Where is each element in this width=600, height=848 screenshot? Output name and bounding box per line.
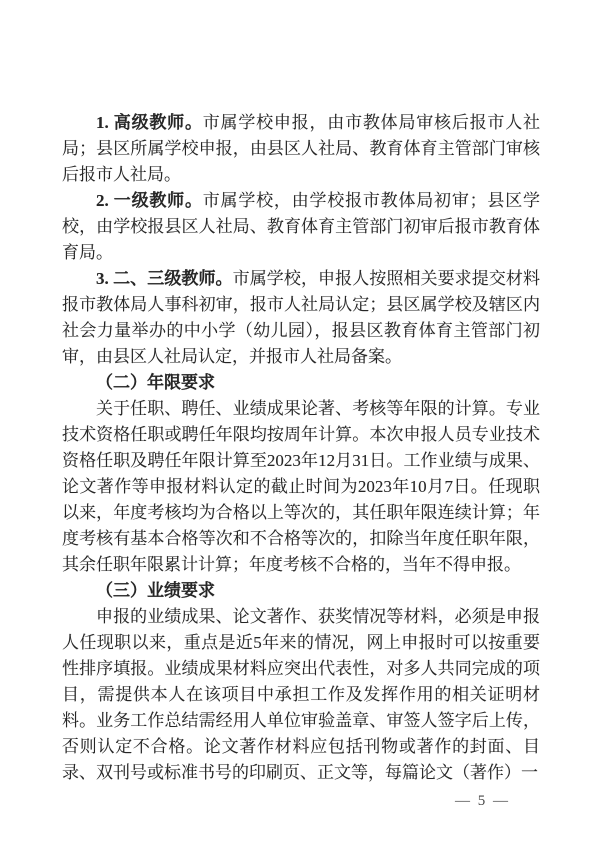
paragraph: 2. 一级教师。市属学校，由学校报市教体局初审；县区学校，由学校报县区人社局、教… <box>62 188 540 266</box>
paragraph-text: 申报的业绩成果、论文著作、获奖情况等材料，必须是申报人任现职以来，重点是近5年来… <box>62 607 540 782</box>
paragraph-lead: 3. 二、三级教师。 <box>96 269 233 288</box>
document-body: 1. 高级教师。市属学校申报，由市教体局审核后报市人社局；县区所属学校申报，由县… <box>62 110 540 786</box>
paragraph: 申报的业绩成果、论文著作、获奖情况等材料，必须是申报人任现职以来，重点是近5年来… <box>62 604 540 786</box>
document-page: 1. 高级教师。市属学校申报，由市教体局审核后报市人社局；县区所属学校申报，由县… <box>0 0 600 848</box>
section-heading: （三）业绩要求 <box>62 578 540 604</box>
paragraph: 关于任职、聘任、业绩成果论著、考核等年限的计算。专业技术资格任职或聘任年限均按周… <box>62 396 540 578</box>
page-number: — 5 — <box>455 792 510 810</box>
section-heading: （二）年限要求 <box>62 370 540 396</box>
paragraph: 1. 高级教师。市属学校申报，由市教体局审核后报市人社局；县区所属学校申报，由县… <box>62 110 540 188</box>
paragraph-lead: 2. 一级教师。 <box>96 191 203 210</box>
paragraph-lead: （二）年限要求 <box>96 373 215 392</box>
paragraph-lead: （三）业绩要求 <box>96 581 215 600</box>
paragraph-lead: 1. 高级教师。 <box>96 113 203 132</box>
paragraph: 3. 二、三级教师。市属学校，申报人按照相关要求提交材料报市教体局人事科初审，报… <box>62 266 540 370</box>
paragraph-text: 关于任职、聘任、业绩成果论著、考核等年限的计算。专业技术资格任职或聘任年限均按周… <box>62 399 540 574</box>
